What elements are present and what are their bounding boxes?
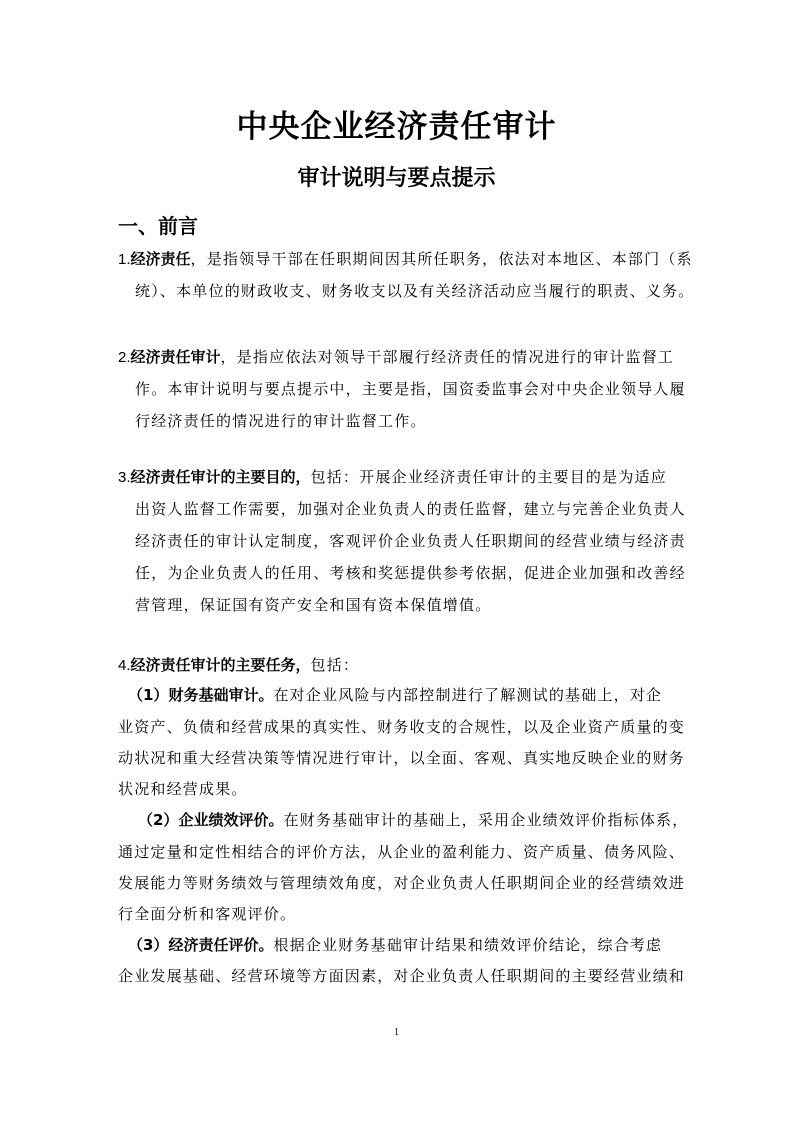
item-number: 3. bbox=[118, 469, 131, 486]
subitem-2-line-3: 发展能力等财务绩效与管理绩效角度，对企业负责人任职期间企业的经营绩效进 bbox=[118, 872, 685, 893]
page-number: 1 bbox=[0, 1027, 793, 1038]
document-page: 中央企业经济责任审计 审计说明与要点提示 一、前言 1.经济责任，是指领导干部在… bbox=[0, 0, 793, 1122]
paragraph-text: 在对企业风险与内部控制进行了解测试的基础上，对企 bbox=[273, 686, 662, 704]
item-4-line-1: 4.经济责任审计的主要任务，包括： bbox=[118, 654, 359, 675]
item-1-line-2: 统）、本单位的财政收支、财务收支以及有关经济活动应当履行的职责、义务。 bbox=[135, 280, 695, 301]
paragraph-text: ，是指领导干部在任职期间因其所任职务，依法对本地区、本部门（系 bbox=[191, 250, 693, 268]
item-2-line-1: 2.经济责任审计，是指应依法对领导干部履行经济责任的情况进行的审计监督工 bbox=[118, 346, 674, 367]
subitem-term: 经济责任评价。 bbox=[168, 936, 273, 954]
item-3-line-4: 任，为企业负责人的任用、考核和奖惩提供参考依据，促进企业加强和改善经 bbox=[135, 562, 686, 583]
paragraph-text: 在财务基础审计的基础上，采用企业绩效评价指标体系， bbox=[283, 811, 688, 829]
subitem-1-line-2: 业资产、负债和经营成果的真实性、财务收支的合规性，以及企业资产质量的变 bbox=[118, 716, 685, 737]
item-3-line-5: 营管理，保证国有资产安全和国有资本保值增值。 bbox=[135, 594, 491, 615]
item-number: 4. bbox=[118, 657, 131, 674]
subitem-2-line-1: （2）企业绩效评价。在财务基础审计的基础上，采用企业绩效评价指标体系， bbox=[138, 809, 688, 830]
subitem-label: （2） bbox=[138, 811, 178, 829]
subitem-label: （1） bbox=[128, 686, 168, 704]
subitem-term: 企业绩效评价。 bbox=[178, 811, 283, 829]
item-1-line-1: 1.经济责任，是指领导干部在任职期间因其所任职务，依法对本地区、本部门（系 bbox=[118, 248, 693, 269]
document-subtitle: 审计说明与要点提示 bbox=[0, 161, 793, 192]
item-term: 经济责任审计的主要任务， bbox=[131, 656, 311, 674]
item-2-line-2: 作。本审计说明与要点提示中，主要是指，国资委监事会对中央企业领导人履 bbox=[135, 378, 686, 399]
paragraph-text: ，是指应依法对领导干部履行经济责任的情况进行的审计监督工 bbox=[221, 348, 675, 366]
item-3-line-3: 经济责任的审计认定制度，客观评价企业负责人任职期间的经营业绩与经济责 bbox=[135, 530, 686, 551]
subitem-3-line-1: （3）经济责任评价。根据企业财务基础审计结果和绩效评价结论，综合考虑 bbox=[128, 934, 662, 955]
document-title: 中央企业经济责任审计 bbox=[0, 101, 793, 146]
subitem-2-line-2: 通过定量和定性相结合的评价方法，从企业的盈利能力、资产质量、债务风险、 bbox=[118, 841, 685, 862]
item-number: 1. bbox=[118, 251, 131, 268]
item-number: 2. bbox=[118, 349, 131, 366]
item-term: 经济责任 bbox=[131, 250, 191, 268]
paragraph-text: 根据企业财务基础审计结果和绩效评价结论，综合考虑 bbox=[273, 936, 662, 954]
subitem-1-line-4: 状况和经营成果。 bbox=[118, 778, 248, 799]
subitem-1-line-1: （1）财务基础审计。在对企业风险与内部控制进行了解测试的基础上，对企 bbox=[128, 684, 662, 705]
paragraph-text: 包括：开展企业经济责任审计的主要目的是为适应 bbox=[311, 468, 667, 486]
subitem-3-line-2: 企业发展基础、经营环境等方面因素，对企业负责人任职期间的主要经营业绩和 bbox=[118, 965, 685, 986]
item-3-line-2: 出资人监督工作需要，加强对企业负责人的责任监督，建立与完善企业负责人 bbox=[135, 498, 686, 519]
paragraph-text: 包括： bbox=[311, 656, 360, 674]
subitem-term: 财务基础审计。 bbox=[168, 686, 273, 704]
subitem-1-line-3: 动状况和重大经营决策等情况进行审计，以全面、客观、真实地反映企业的财务 bbox=[118, 747, 685, 768]
section-heading: 一、前言 bbox=[118, 210, 198, 239]
item-2-line-3: 行经济责任的情况进行的审计监督工作。 bbox=[135, 410, 427, 431]
subitem-2-line-4: 行全面分析和客观评价。 bbox=[118, 903, 296, 924]
item-term: 经济责任审计 bbox=[131, 348, 221, 366]
subitem-label: （3） bbox=[128, 936, 168, 954]
item-3-line-1: 3.经济责任审计的主要目的，包括：开展企业经济责任审计的主要目的是为适应 bbox=[118, 466, 667, 487]
item-term: 经济责任审计的主要目的， bbox=[131, 468, 311, 486]
